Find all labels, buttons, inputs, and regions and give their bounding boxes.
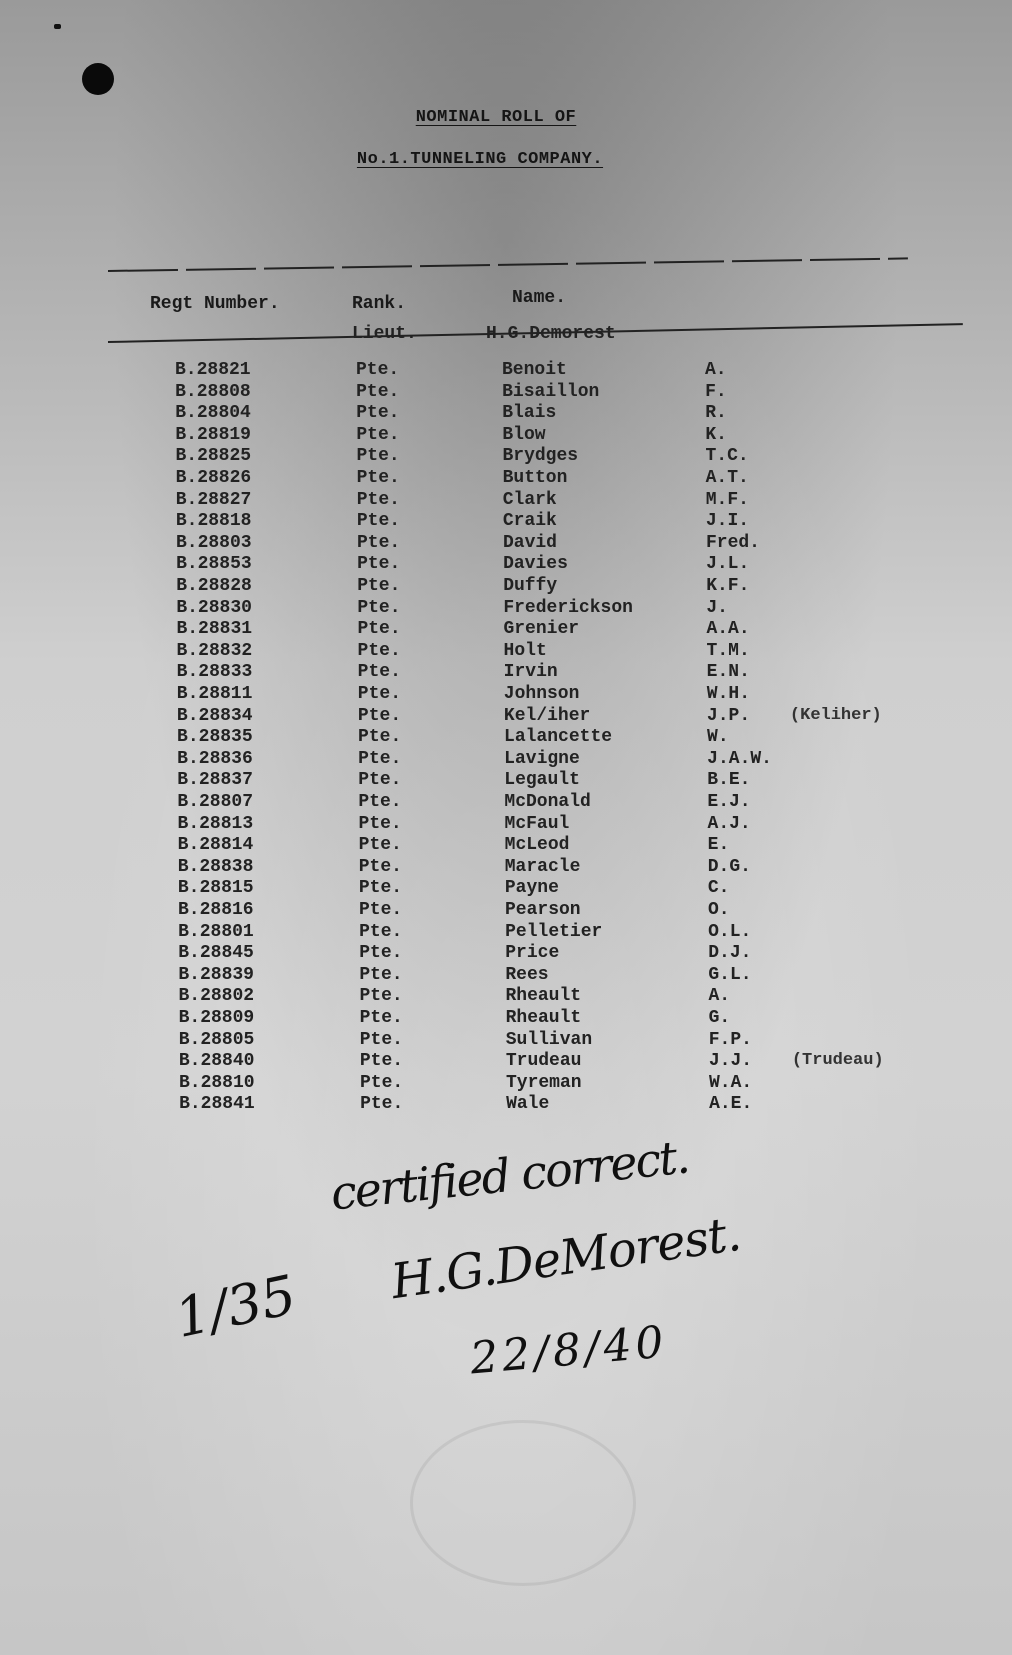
initials: D.G. [708,857,751,877]
surname: Duffy [503,576,557,596]
table-row: B.28832Pte.HoltT.M. [2,641,1012,663]
rank: Pte. [359,922,402,942]
handwritten-folio-number: 1/35 [170,1263,302,1350]
surname: Trudeau [506,1051,582,1071]
initials: E.N. [707,662,750,682]
surname: Bisaillon [502,382,599,402]
handwritten-signature: H.G.DeMorest. [388,1206,744,1310]
rank: Pte. [358,749,401,769]
rank: Pte. [360,1094,403,1114]
surname: Craik [503,511,557,531]
regt-number: B.28826 [176,468,252,488]
surname: Blow [502,425,545,445]
rank: Pte. [360,1073,403,1093]
table-row: B.28810Pte.TyremanW.A. [4,1073,1012,1095]
table-row: B.28841Pte.WaleA.E. [4,1094,1012,1116]
table-row: B.28828Pte.DuffyK.F. [1,576,1012,598]
regt-number: B.28825 [175,446,251,466]
rank: Pte. [356,360,399,380]
punch-hole [82,63,114,95]
regt-number: B.28831 [176,619,252,639]
regt-number: B.28827 [176,490,252,510]
rank: Pte. [357,554,400,574]
regt-number: B.28802 [178,986,254,1006]
rank: Pte. [356,403,399,423]
surname: Lavigne [504,749,580,769]
initials: J.A.W. [707,749,772,769]
initials: M.F. [706,490,749,510]
correction-note: (Trudeau) [792,1051,884,1070]
rank: Pte. [358,727,401,747]
initials: R. [705,403,727,423]
initials: G.L. [708,965,751,985]
officer-name: H.G.Demorest [486,324,616,344]
column-header-rank: Rank. [352,294,406,314]
regt-number: B.28845 [178,943,254,963]
initials: J. [706,598,728,618]
initials: O.L. [708,922,751,942]
rank: Pte. [356,382,399,402]
surname: Pearson [505,900,581,920]
initials: A.T. [706,468,749,488]
regt-number: B.28810 [179,1073,255,1093]
rank: Pte. [357,511,400,531]
regt-number: B.28808 [175,382,251,402]
initials: B.E. [707,770,750,790]
initials: W.A. [709,1073,752,1093]
table-row: B.28814Pte.McLeodE. [3,835,1012,857]
regt-number: B.28807 [177,792,253,812]
initials: G. [709,1008,731,1028]
initials: A.E. [709,1094,752,1114]
regt-number: B.28816 [178,900,254,920]
initials: C. [708,878,730,898]
rank: Pte. [360,1008,403,1028]
surname: Grenier [503,619,579,639]
regt-number: B.28828 [176,576,252,596]
table-row: B.28804Pte.BlaisR. [0,403,1012,425]
surname: Holt [504,641,547,661]
initials: D.J. [708,943,751,963]
surname: Benoit [502,360,567,380]
surname: Legault [504,770,580,790]
regt-number: B.28809 [179,1008,255,1028]
column-header-name: Name. [512,288,566,308]
table-row: B.28853Pte.DaviesJ.L. [1,554,1012,576]
faded-stamp [410,1420,636,1586]
table-row: B.28833Pte.IrvinE.N. [2,662,1012,684]
initials: J.I. [706,511,749,531]
rank: Pte. [358,770,401,790]
table-row: B.28808Pte.BisaillonF. [0,382,1012,404]
surname: Tyreman [506,1073,582,1093]
rank: Pte. [357,533,400,553]
rank: Pte. [356,425,399,445]
surname: McFaul [505,814,570,834]
regt-number: B.28836 [177,749,253,769]
rank: Pte. [359,986,402,1006]
rank: Pte. [358,706,401,726]
surname: Price [505,943,559,963]
surname: Irvin [504,662,558,682]
initials: A.J. [708,814,751,834]
table-row: B.28805Pte.SullivanF.P. [4,1030,1012,1052]
regt-number: B.28830 [176,598,252,618]
regt-number: B.28814 [178,835,254,855]
regt-number: B.28815 [178,878,254,898]
rank: Pte. [359,857,402,877]
initials: K. [705,425,727,445]
table-row: B.28845Pte.PriceD.J. [3,943,1012,965]
initials: J.L. [706,554,749,574]
surname: Brydges [502,446,578,466]
surname: McDonald [504,792,590,812]
initials: K.F. [706,576,749,596]
table-row: B.28836Pte.LavigneJ.A.W. [2,749,1012,771]
rank: Pte. [358,641,401,661]
surname: Lalancette [504,727,612,747]
table-row: B.28839Pte.ReesG.L. [3,965,1012,987]
table-row: B.28821Pte.BenoitA. [0,360,1012,382]
surname: Pelletier [505,922,602,942]
correction-note: (Keliher) [790,706,882,725]
surname: Payne [505,878,559,898]
initials: T.M. [707,641,750,661]
table-row: B.28818Pte.CraikJ.I. [1,511,1012,533]
initials: A.A. [706,619,749,639]
initials: W.H. [707,684,750,704]
rank: Pte. [359,900,402,920]
regt-number: B.28839 [178,965,254,985]
table-row: B.28838Pte.MaracleD.G. [3,857,1012,879]
surname: Rees [505,965,548,985]
ink-speck [54,24,61,29]
rank: Pte. [358,792,401,812]
table-row: B.28813Pte.McFaulA.J. [3,814,1012,836]
surname: Johnson [504,684,580,704]
regt-number: B.28838 [178,857,254,877]
rank: Pte. [360,1030,403,1050]
initials: T.C. [705,446,748,466]
regt-number: B.28818 [176,511,252,531]
rank: Pte. [359,965,402,985]
rank: Pte. [358,662,401,682]
rank: Pte. [359,835,402,855]
table-row: B.28825Pte.BrydgesT.C. [0,446,1012,468]
table-row: B.28827Pte.ClarkM.F. [1,490,1012,512]
officer-rank: Lieut. [352,324,417,344]
column-header-regt-number: Regt Number. [150,294,280,314]
surname: Clark [503,490,557,510]
rank: Pte. [359,878,402,898]
table-row: B.28802Pte.RheaultA. [3,986,1012,1008]
initials: Fred. [706,533,760,553]
regt-number: B.28832 [177,641,253,661]
initials: J.P. [707,706,750,726]
table-row: B.28826Pte.ButtonA.T. [1,468,1012,490]
rank: Pte. [360,1051,403,1071]
surname: Kel/iher [504,706,590,726]
initials: E. [708,835,730,855]
handwritten-date: 22/8/40 [468,1316,669,1384]
table-row: B.28801Pte.PelletierO.L. [3,922,1012,944]
regt-number: B.28833 [177,662,253,682]
initials: A. [705,360,727,380]
initials: F.P. [709,1030,752,1050]
rank: Pte. [357,598,400,618]
regt-number: B.28840 [179,1051,255,1071]
regt-number: B.28835 [177,727,253,747]
surname: McLeod [505,835,570,855]
regt-number: B.28813 [178,814,254,834]
table-row: B.28831Pte.GrenierA.A. [1,619,1012,641]
initials: A. [708,986,730,1006]
surname: Rheault [506,1008,582,1028]
table-row: B.28840Pte.TrudeauJ.J.(Trudeau) [4,1051,1012,1073]
surname: Wale [506,1094,549,1114]
regt-number: B.28841 [179,1094,255,1114]
header-top-rule [108,257,908,272]
rank: Pte. [359,814,402,834]
surname: Maracle [505,857,581,877]
regt-number: B.28811 [177,684,253,704]
surname: Sullivan [506,1030,592,1050]
table-row: B.28819Pte.BlowK. [0,425,1012,447]
regt-number: B.28853 [176,554,252,574]
rank: Pte. [357,619,400,639]
surname: Blais [502,403,556,423]
document-subtitle: No.1.TUNNELING COMPANY. [0,150,986,169]
surname: Davies [503,554,568,574]
scanned-document-page: NOMINAL ROLL OF No.1.TUNNELING COMPANY. … [0,0,1012,1655]
rank: Pte. [357,576,400,596]
rank: Pte. [356,446,399,466]
table-row: B.28835Pte.LalancetteW. [2,727,1012,749]
table-row: B.28815Pte.PayneC. [3,878,1012,900]
rank: Pte. [359,943,402,963]
initials: W. [707,727,729,747]
regt-number: B.28837 [177,770,253,790]
rank: Pte. [358,684,401,704]
regt-number: B.28819 [175,425,251,445]
surname: Button [503,468,568,488]
table-row: B.28837Pte.LegaultB.E. [2,770,1012,792]
regt-number: B.28804 [175,403,251,423]
table-row: B.28807Pte.McDonaldE.J. [2,792,1012,814]
surname: David [503,533,557,553]
document-title: NOMINAL ROLL OF [0,108,1002,127]
surname: Rheault [505,986,581,1006]
rank: Pte. [357,490,400,510]
regt-number: B.28834 [177,706,253,726]
initials: O. [708,900,730,920]
table-row: B.28803Pte.DavidFred. [1,533,1012,555]
handwritten-certification: certified correct. [328,1129,690,1220]
regt-number: B.28805 [179,1030,255,1050]
initials: E.J. [707,792,750,812]
surname: Frederickson [503,598,633,618]
table-row: B.28830Pte.FredericksonJ. [1,598,1012,620]
initials: F. [705,382,727,402]
table-row: B.28811Pte.JohnsonW.H. [2,684,1012,706]
table-row: B.28834Pte.Kel/iherJ.P.(Keliher) [2,706,1012,728]
regt-number: B.28801 [178,922,254,942]
regt-number: B.28821 [175,360,251,380]
table-row: B.28809Pte.RheaultG. [4,1008,1012,1030]
initials: J.J. [709,1051,752,1071]
rank: Pte. [357,468,400,488]
table-row: B.28816Pte.PearsonO. [3,900,1012,922]
regt-number: B.28803 [176,533,252,553]
